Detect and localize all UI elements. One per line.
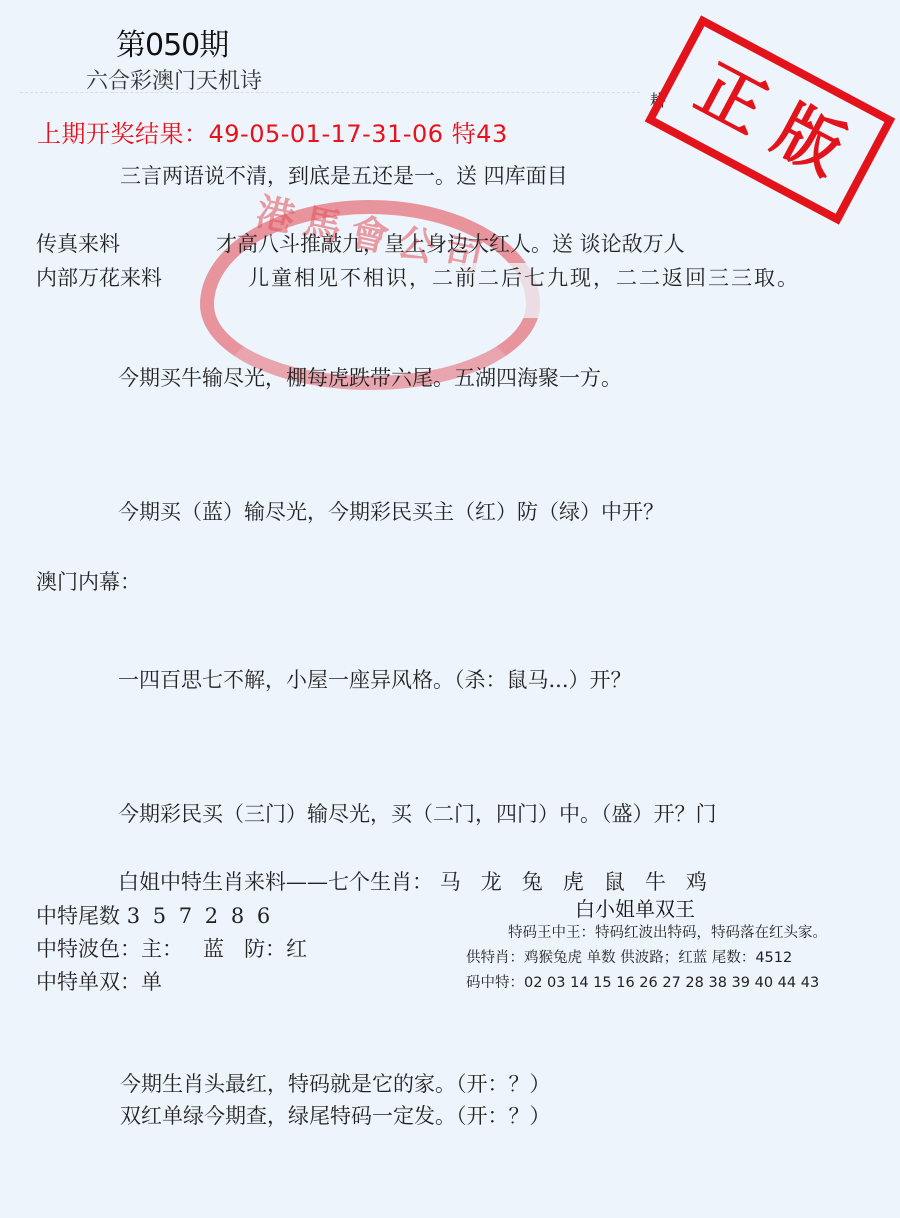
zodiac-item: 牛 (645, 870, 666, 894)
odd-even-row: 中特单双：单 (36, 966, 162, 996)
zodiac-item: 鼠 (604, 870, 625, 894)
last-result-numbers: 49-05-01-17-31-06 (209, 120, 444, 148)
tail-values: 3 5 7 2 8 6 (127, 904, 274, 928)
zodiac-line: 白姐中特生肖来料——七个生肖： 马 龙 兔 虎 鼠 牛 鸡 (118, 866, 707, 896)
odd-even-label: 中特单双： (36, 970, 141, 994)
zodiac-label: 白姐中特生肖来料——七个生肖： (118, 870, 433, 894)
wave-backup: 红 (286, 937, 307, 961)
fax-label: 传真来料 (36, 228, 120, 258)
macau-line: 一四百思七不解，小屋一座异风格。（杀：鼠马...）开？ (118, 664, 632, 694)
box-line-1: 特码王中王：特码红波出特码，特码落在红头家。 (508, 921, 827, 942)
box-line-2: 供特肖：鸡猴兔虎 单数 供波路；红蓝 尾数：4512 (466, 946, 792, 967)
tail-row: 中特尾数 3 5 7 2 8 6 (36, 900, 273, 930)
footer-line-2: 双红单绿今期查，绿尾特码一定发。（开：？） (120, 1100, 551, 1130)
odd-even-value: 单 (141, 970, 162, 994)
stamp-char-2: 版 (764, 96, 853, 185)
issue-title: 第050期 (116, 20, 228, 64)
authentic-stamp: 正 版 (645, 15, 896, 224)
fax-text: 才高八斗推敲九，皇上身边大红人。送 谈论敌万人 (216, 228, 685, 258)
footer-line-1: 今期生肖头最红，特码就是它的家。（开：？） (120, 1068, 551, 1098)
wave-main: 蓝 (203, 937, 224, 961)
inner-text: 儿童相见不相识，二前二后七九现，二二返回三三取。 (248, 262, 800, 292)
poem-line-1: 三言两语说不清，到底是五还是一。送 四库面目 (120, 160, 568, 190)
divider (20, 92, 640, 93)
inner-label: 内部万花来料 (36, 262, 162, 292)
color-line: 今期买（蓝）输尽光，今期彩民买主（红）防（绿）中开？ (118, 496, 664, 526)
wave-row: 中特波色：主： 蓝 防：红 (36, 933, 307, 963)
macau-label: 澳门内幕： (36, 566, 141, 596)
last-result-label: 上期开奖结果： (37, 120, 209, 148)
box-title: 白小姐单双王 (575, 893, 695, 922)
zodiac-item: 鸡 (686, 870, 707, 894)
wave-backup-label: 防： (244, 937, 286, 961)
ox-line: 今期买牛输尽光，棚每虎跌带六尾。五湖四海聚一方。 (118, 362, 622, 392)
zodiac-item: 虎 (563, 870, 584, 894)
tail-label: 中特尾数 (36, 904, 120, 928)
zodiac-item: 马 (440, 870, 461, 894)
last-result: 上期开奖结果：49-05-01-17-31-06 特43 (37, 114, 508, 149)
subtitle: 六合彩澳门天机诗 (86, 64, 262, 95)
stamp-char-1: 正 (687, 55, 776, 144)
wave-label: 中特波色：主： (36, 937, 183, 961)
zodiac-item: 龙 (481, 870, 502, 894)
box-line-3: 码中特：02 03 14 15 16 26 27 28 38 39 40 44 … (466, 971, 819, 992)
door-line: 今期彩民买（三门）输尽光，买（二门，四门）中。（盛）开？门 (118, 798, 717, 828)
last-result-special: 特43 (452, 120, 508, 148)
zodiac-item: 兔 (522, 870, 543, 894)
